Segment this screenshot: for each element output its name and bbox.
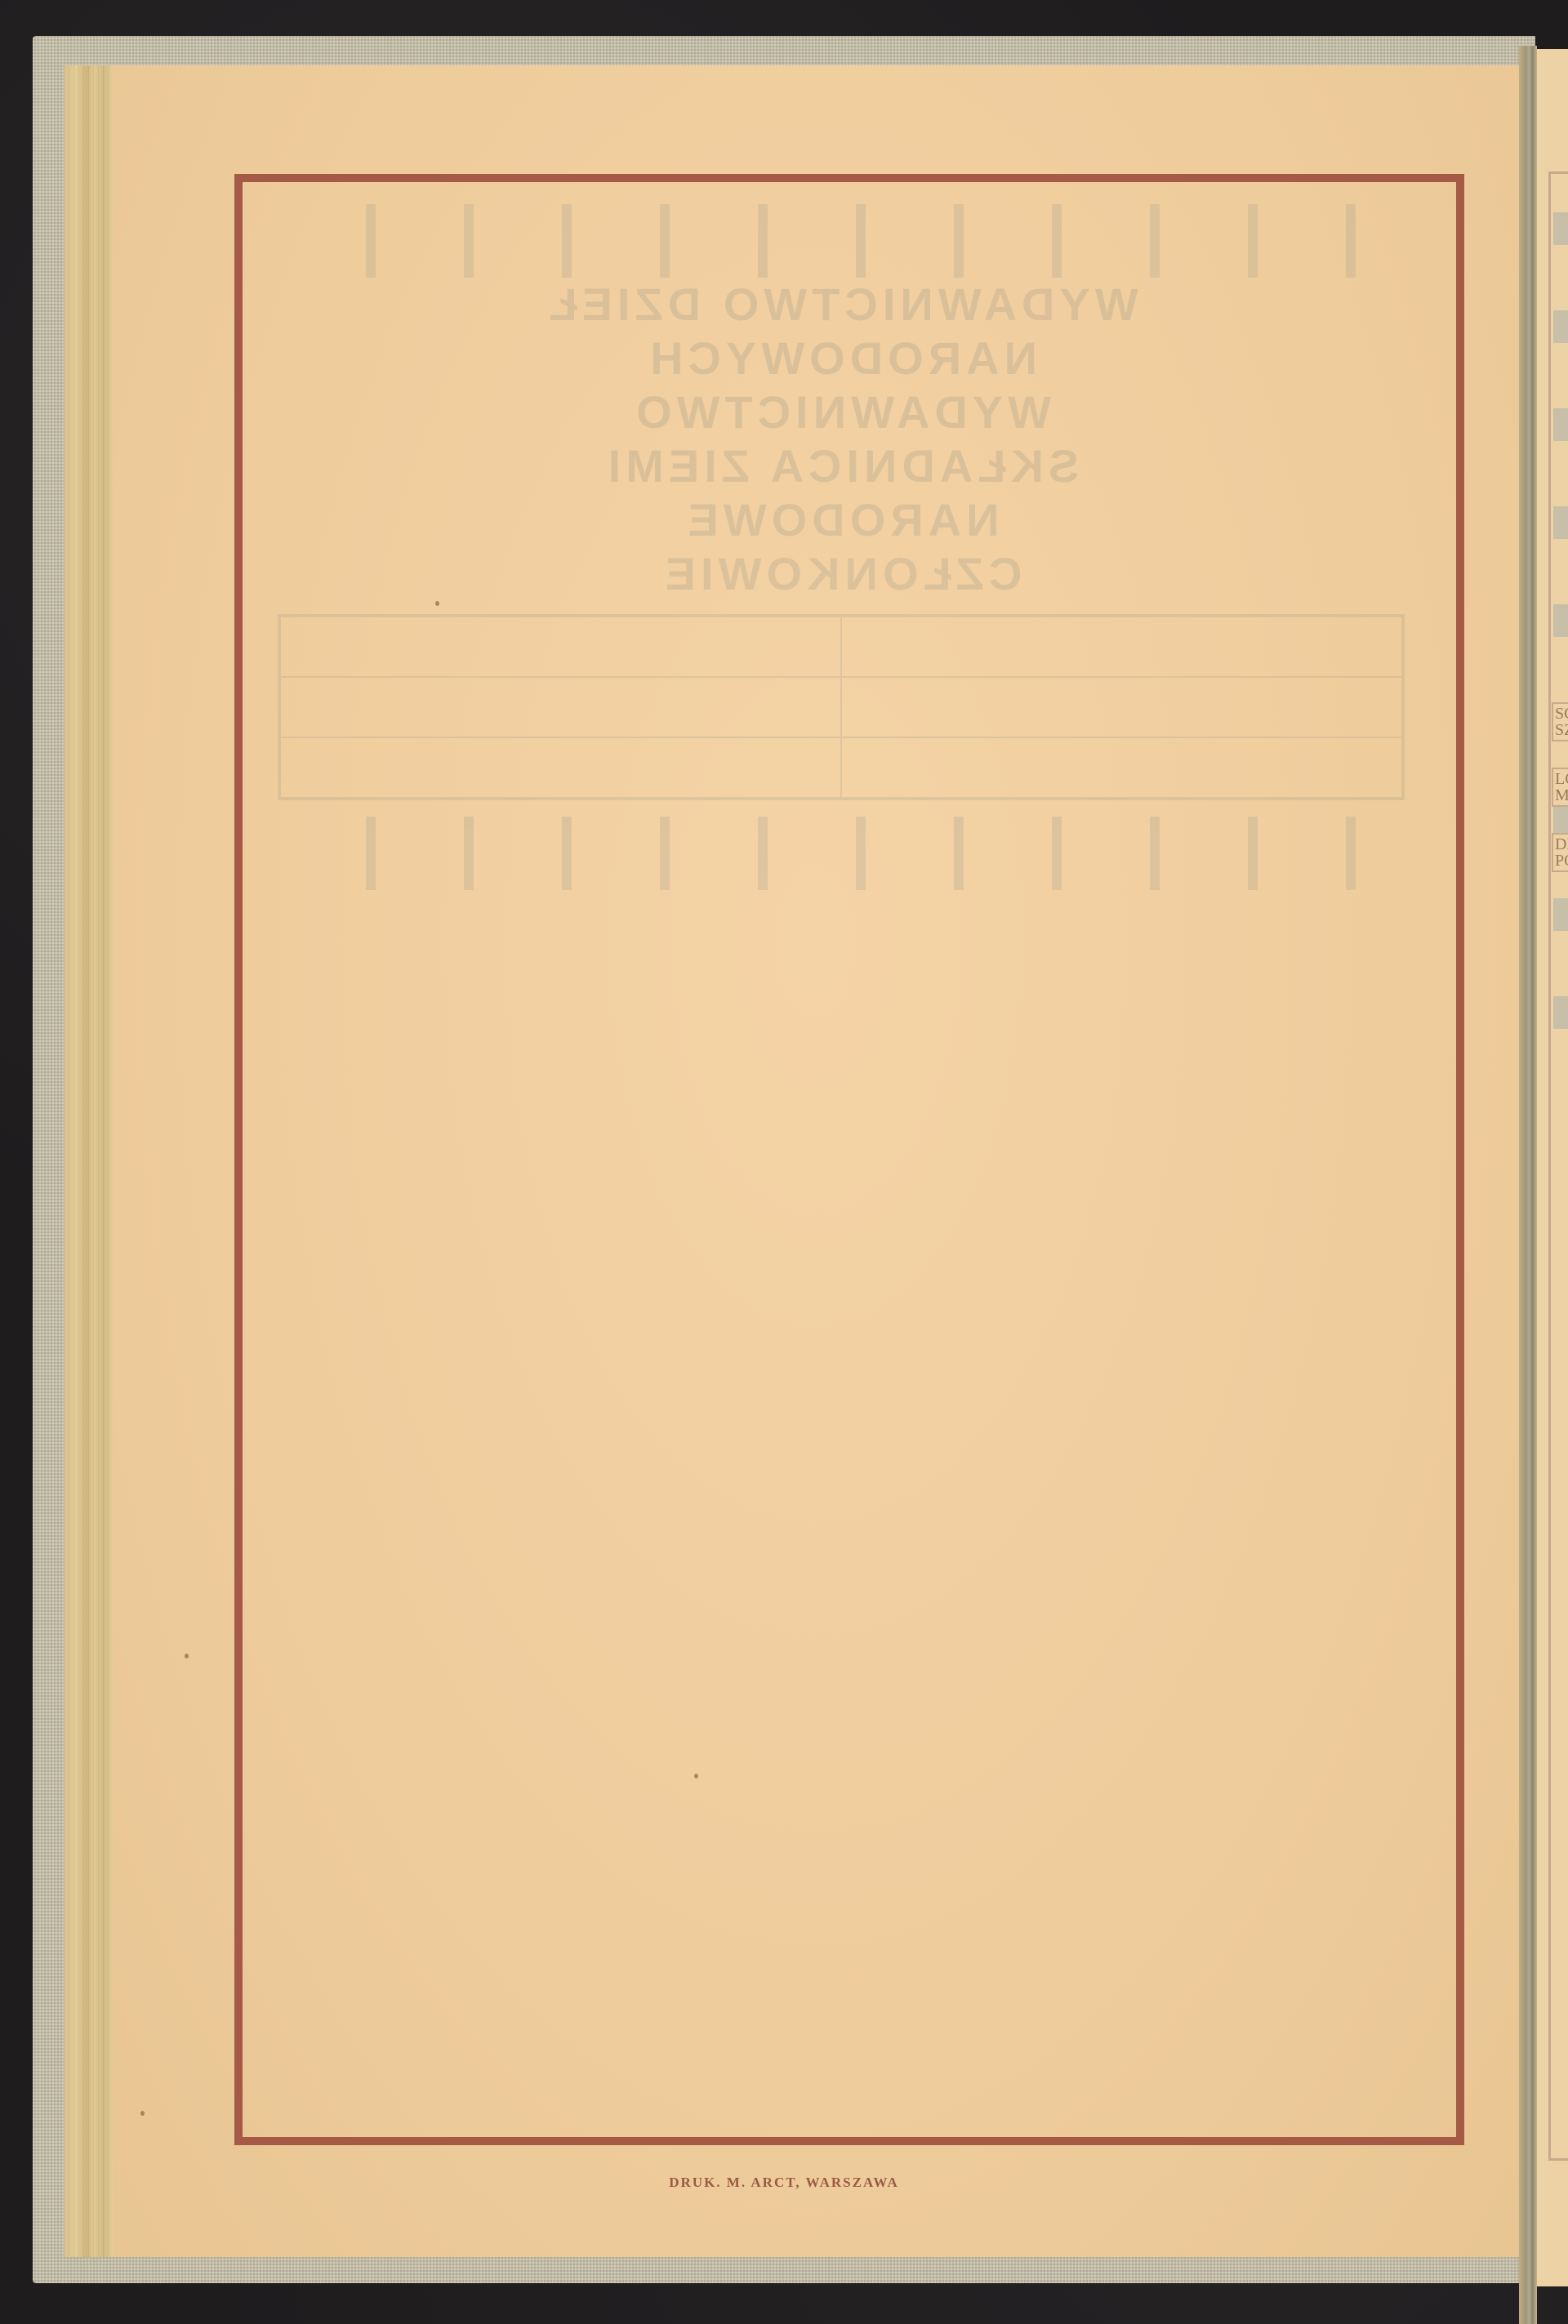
reverse-side-showthrough: WYDAWNICTWO DZIEŁ NARODOWYCH WYDAWNICTWO…: [269, 204, 1413, 939]
adjacent-page-label: SCH SZK: [1552, 702, 1568, 741]
showthrough-line: NARODOWE: [269, 493, 1413, 547]
paper-speck: [694, 1774, 698, 1779]
showthrough-table: [278, 614, 1405, 800]
adjacent-page-ornament: [1553, 212, 1568, 1062]
stacked-page-edges: [64, 65, 114, 2257]
bottom-ornament-showthrough: [294, 817, 1388, 890]
showthrough-line: WYDAWNICTWO: [269, 385, 1413, 439]
table-cell: [280, 677, 841, 737]
table-cell: [280, 617, 841, 677]
adjacent-page-edge: SCH SZK LO MI DIS PO: [1537, 49, 1568, 2286]
table-cell: [841, 617, 1402, 677]
showthrough-line: NARODOWYCH: [269, 332, 1413, 385]
adjacent-page-label: LO MI: [1552, 768, 1568, 807]
table-cell: [841, 737, 1402, 798]
top-ornament-showthrough: [294, 204, 1388, 278]
adjacent-page-label: DIS PO: [1552, 833, 1568, 872]
printer-imprint: DRUK. M. ARCT, WARSZAWA: [0, 2175, 1568, 2191]
paper-speck: [185, 1654, 189, 1658]
paper-speck: [140, 2111, 145, 2116]
showthrough-line: CZŁONKOWIE: [269, 547, 1413, 601]
paper-speck: [435, 601, 439, 606]
table-cell: [280, 737, 841, 798]
table-cell: [841, 677, 1402, 737]
showthrough-line: WYDAWNICTWO DZIEŁ: [269, 278, 1413, 332]
showthrough-line: SKŁADNICA ZIEMI: [269, 439, 1413, 493]
book-gutter: [1519, 46, 1537, 2324]
